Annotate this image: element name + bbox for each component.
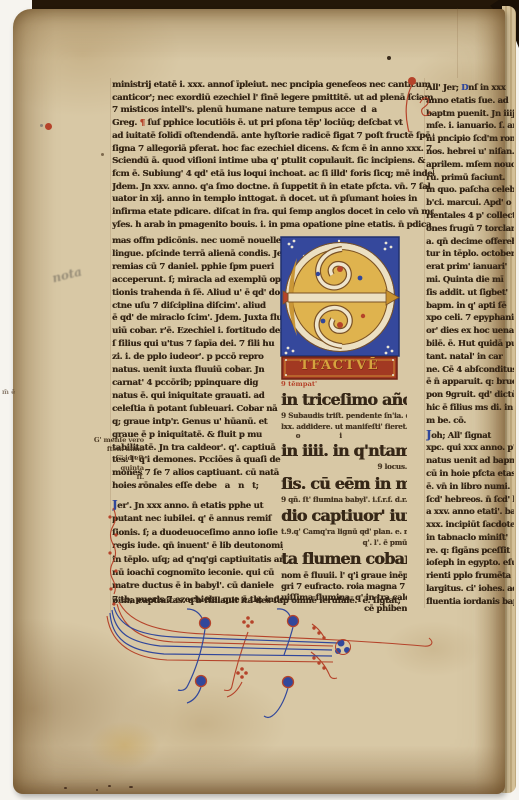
text-line: bilē. ē. Hut quidā pu: [426, 338, 514, 351]
illuminated-initial-E: E: [280, 236, 402, 380]
text-line: or' dies ex hoc uena: [426, 325, 514, 338]
text-line: hic ē filius ms di. in q': [426, 402, 514, 415]
text-line: lingue. pſcinde terrā alienā condis. Je: [112, 248, 283, 261]
edge-margin-note: m̄ ē: [2, 388, 15, 396]
text-line: ē. vn̄ in libro numi.: [426, 481, 514, 494]
margin-note-line: G' id eſt: [80, 454, 144, 463]
text-line: ſigna 7 allegoriā pferat. hoc fac ezechi…: [112, 143, 434, 156]
text-line: Joh; All' ſignat: [426, 428, 514, 443]
text-line: q; graue intp'r. Genus u' hūanū. et: [112, 416, 283, 429]
text-line: cū in hoie pfcta etas: [426, 468, 514, 481]
text-line: zi. i. de pplo iudeor'. p pccō repro: [112, 351, 283, 364]
ink-speck: [64, 787, 67, 789]
text-line: Jdem. Jn xxv. anno. q'a ſmo doctne. n̄ ſ…: [112, 181, 434, 194]
text-line: tant. natal' in car: [426, 351, 514, 364]
margin-note-line: quinta: [80, 464, 144, 473]
text-line: natus. uenit iuxta fluuiū cobar. Jn: [112, 364, 283, 377]
text-line: Greg. ¶ ſuſ pphice locutiōis ē. ut pri p…: [112, 117, 434, 130]
lemma-row: 9 Subaudis triſt. pendente ſn'ia. quod: [281, 411, 407, 422]
text-line: uiū cobar. r'ē. Ezechiel i. fortitudo de…: [112, 325, 283, 338]
text-line: m be. cō.: [426, 415, 514, 428]
text-line: ſis addit. ut ſigbet': [426, 287, 514, 300]
text-line: celeſtia n̄ potant ſubleuari. Cobar nā: [112, 403, 283, 416]
lemma-row: 9 locus.: [281, 462, 407, 473]
margin-note-line: ftem anni.: [80, 445, 144, 454]
text-line: fluentia iordanis bapēn: [426, 596, 514, 609]
lemma-row: lxx. addidere. ut manifeſti' fieret.: [281, 422, 407, 433]
text-line: tur in tēplo. october: [426, 248, 514, 261]
margin-note: G' menſe veroftem anni.G' id eſtquintaff…: [80, 436, 144, 491]
text-line: carnat' 4 pccōrib; ppinquare dig: [112, 377, 283, 390]
text-line: rientales 4 p' collecta: [426, 210, 514, 223]
text-line: re. q: figāns pceſſit: [426, 545, 514, 558]
text-line: erat prim' ianuari': [426, 261, 514, 274]
margin-note-line: a': [80, 482, 144, 491]
text-line: remias cū 7 daniel. pphie ſpm pueri: [112, 261, 283, 274]
right-commentary-column: All' Jer; Dnſ in xxxanno etatis ſue. adb…: [426, 82, 514, 609]
binding-shadow-top: [32, 0, 519, 9]
manuscript-photo: nota m̄ ē ministrij etatē i. xxx. annoſ …: [0, 0, 519, 800]
text-line: ſ filius qui u'tus 7 ſapīa dei. 7 fili h…: [112, 338, 283, 351]
text-line: ctne uſu 7 diſciplina diſcim'. aliud: [112, 300, 283, 313]
text-line: in tabnaclo miniſt': [426, 532, 514, 545]
penwork-flourish: [90, 492, 435, 720]
margin-note-line: ff.: [80, 473, 144, 482]
text-line: rienti pplo frumēta: [426, 570, 514, 583]
ink-speck: [108, 785, 111, 787]
text-line: infirma etate pdicare. diſcat in fra. qu…: [112, 206, 434, 219]
ruling-line: [457, 8, 458, 78]
text-line: tionis trahenda n̄ ſē. Aliud u' ē qd' do: [112, 287, 283, 300]
text-line: a. qn̄ decime offereba: [426, 236, 514, 249]
text-line: b'ci. marcui. Apd' o: [426, 197, 514, 210]
text-line: ad iuitatē ſolidī oſtendendā. ante hyſto…: [112, 130, 434, 143]
text-line: bapm. in q' apti ſē: [426, 300, 514, 313]
text-line: a xxv. anno etati'. ba: [426, 506, 514, 519]
text-line: in quo. paſcha celebnt': [426, 184, 514, 197]
text-line: fcm ē. Subiung' 4 qd' etā ius loqui inch…: [112, 168, 434, 181]
ink-speck: [129, 786, 133, 788]
lemma-row: o i: [281, 432, 407, 440]
text-line: mas offm pdicōnis. nec uomē nouelle: [112, 235, 283, 248]
text-line: yſes. h arab in pmagenito bouis. i. in p…: [112, 219, 434, 232]
text-line: natus uenit ad bapm.: [426, 455, 514, 468]
text-line: rū. primū faciunt.: [426, 172, 514, 185]
text-line: ē n̄ apparuit. q: brue cē: [426, 376, 514, 389]
red-paragraph-bullet: [45, 123, 52, 130]
text-line: ē qd' de miraclo ſcim'. Jdem. Juxta flu: [112, 312, 283, 325]
lemma-row: in iiii. in q'ntamī: [281, 440, 407, 462]
text-line: xpc. qui xxx anno. p': [426, 442, 514, 455]
text-line: canticor'; nec exordiū ezechiel l' finē …: [112, 92, 434, 105]
banner-text: TFACTVĒ: [283, 358, 396, 373]
prologue-block: ministrij etatē i. xxx. annoſ īpleiut. n…: [112, 79, 434, 231]
parchment-speck: [101, 153, 104, 156]
ink-speck: [96, 789, 98, 791]
text-line: uator in xij. anno in templo inttogat. n…: [112, 193, 434, 206]
text-line: xpo celi. 7 epyphani: [426, 312, 514, 325]
parchment-speck: [40, 124, 43, 127]
text-line: ne. Cē 4 abſconditus: [426, 364, 514, 377]
ink-spot: [387, 56, 391, 60]
text-line: aprilem. mſem nouo: [426, 159, 514, 172]
lemma-row: in triceſimo año: [281, 389, 407, 411]
text-line: acceperunt. ſ; miracla ad exemplū opa: [112, 274, 283, 287]
text-line: ſcd' hebreos. n̄ ſcd' lxx.: [426, 494, 514, 507]
text-line: 7 misticos intell's. plenū humane nature…: [112, 104, 434, 117]
text-line: nos. hebrei u' niſan.: [426, 146, 514, 159]
text-line: xxx. incipiūt ſacdote: [426, 519, 514, 532]
text-line: Sciendū ā. quod viſioni intime uba q' pt…: [112, 155, 434, 168]
text-line: natus ē. qui iniquitate grauati. ad: [112, 390, 283, 403]
text-line: ioſeph in egypto. eſu: [426, 557, 514, 570]
text-line: mi. Quinta die mī: [426, 274, 514, 287]
text-line: largitus. ci' iohes. ad: [426, 583, 514, 596]
text-line: ones frugū 7 torclari: [426, 223, 514, 236]
lemma-row: 9 tēmpat': [281, 380, 407, 389]
red-paragraph-flourish: [400, 70, 448, 140]
margin-note-line: G' menſe vero: [80, 436, 144, 445]
text-line: ministrij etatē i. xxx. annoſ īpleiut. n…: [112, 79, 434, 92]
text-line: pon 9gruit. qd' dictū ē: [426, 389, 514, 402]
